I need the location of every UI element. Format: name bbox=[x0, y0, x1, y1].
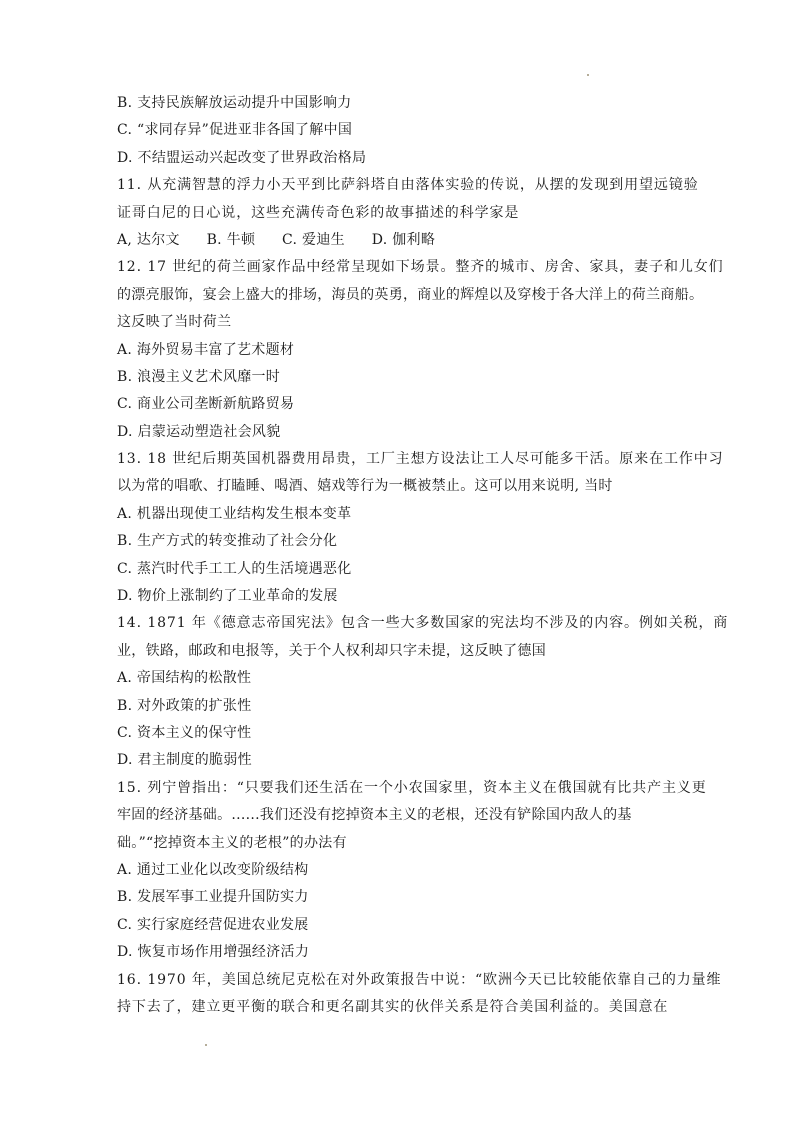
q16-stem-line1: 16. 1970 年，美国总统尼克松在对外政策报告中说：“欧洲今天已比较能依靠自… bbox=[117, 967, 687, 994]
document-page: B. 支持民族解放运动提升中国影响力 C. “求同存异”促进亚非各国了解中国 D… bbox=[0, 0, 793, 1122]
q11-stem-line1: 11. 从充满智慧的浮力小天平到比萨斜塔自由落体实验的传说，从摆的发现到用望远镜… bbox=[117, 172, 687, 199]
q12-option-d: D. 启蒙运动塑造社会风貌 bbox=[117, 419, 687, 446]
q15-stem-line2: 牢固的经济基础。......我们还没有挖掉资本主义的老根，还没有铲除国内敌人的基 bbox=[117, 802, 687, 829]
q16-stem-line2: 持下去了，建立更平衡的联合和更名副其实的伙伴关系是符合美国利益的。美国意在 bbox=[117, 994, 687, 1021]
q11-options: A, 达尔文 B. 牛顿 C. 爱迪生 D. 伽利略 bbox=[117, 227, 687, 254]
scan-speck bbox=[205, 1044, 207, 1046]
q14-stem-line1: 14. 1871 年《德意志帝国宪法》包含一些大多数国家的宪法均不涉及的内容。例… bbox=[117, 610, 687, 637]
q13-option-a: A. 机器出现使工业结构发生根本变革 bbox=[117, 501, 687, 528]
scan-speck bbox=[587, 74, 589, 76]
q13-stem-line2: 以为常的唱歌、打瞌睡、喝酒、嬉戏等行为一概被禁止。这可以用来说明, 当时 bbox=[117, 473, 687, 500]
q10-option-b: B. 支持民族解放运动提升中国影响力 bbox=[117, 90, 687, 117]
page-content: B. 支持民族解放运动提升中国影响力 C. “求同存异”促进亚非各国了解中国 D… bbox=[117, 90, 687, 1021]
q12-stem-line3: 这反映了当时荷兰 bbox=[117, 309, 687, 336]
q12-option-a: A. 海外贸易丰富了艺术题材 bbox=[117, 337, 687, 364]
q12-stem-line2: 的漂亮服饰，宴会上盛大的排场，海员的英勇，商业的辉煌以及穿梭于各大洋上的荷兰商船… bbox=[117, 282, 687, 309]
q15-stem-line1: 15. 列宁曾指出：“只要我们还生活在一个小农国家里，资本主义在俄国就有比共产主… bbox=[117, 775, 687, 802]
q15-option-a: A. 通过工业化以改变阶级结构 bbox=[117, 857, 687, 884]
q12-stem-line1: 12. 17 世纪的荷兰画家作品中经常呈现如下场景。整齐的城市、房舍、家具，妻子… bbox=[117, 254, 687, 281]
q10-option-c: C. “求同存异”促进亚非各国了解中国 bbox=[117, 117, 687, 144]
q13-stem-line1: 13. 18 世纪后期英国机器费用昂贵，工厂主想方设法让工人尽可能多干活。原来在… bbox=[117, 446, 687, 473]
q13-option-c: C. 蒸汽时代手工工人的生活境遇恶化 bbox=[117, 556, 687, 583]
q12-option-b: B. 浪漫主义艺术风靡一时 bbox=[117, 364, 687, 391]
q10-option-d: D. 不结盟运动兴起改变了世界政治格局 bbox=[117, 145, 687, 172]
q11-option-a: A, 达尔文 bbox=[117, 227, 180, 254]
q13-option-b: B. 生产方式的转变推动了社会分化 bbox=[117, 528, 687, 555]
q15-option-d: D. 恢复市场作用增强经济活力 bbox=[117, 939, 687, 966]
q14-stem-line2: 业，铁路，邮政和电报等，关于个人权利却只字未提，这反映了德国 bbox=[117, 638, 687, 665]
q15-option-b: B. 发展军事工业提升国防实力 bbox=[117, 884, 687, 911]
q12-option-c: C. 商业公司垄断新航路贸易 bbox=[117, 391, 687, 418]
q11-option-c: C. 爱迪生 bbox=[282, 227, 345, 254]
q15-option-c: C. 实行家庭经营促进农业发展 bbox=[117, 912, 687, 939]
q14-option-c: C. 资本主义的保守性 bbox=[117, 720, 687, 747]
q14-option-a: A. 帝国结构的松散性 bbox=[117, 665, 687, 692]
q14-option-d: D. 君主制度的脆弱性 bbox=[117, 747, 687, 774]
q15-stem-line3: 础。”“挖掉资本主义的老根”的办法有 bbox=[117, 830, 687, 857]
q11-stem-line2: 证哥白尼的日心说，这些充满传奇色彩的故事描述的科学家是 bbox=[117, 200, 687, 227]
q14-option-b: B. 对外政策的扩张性 bbox=[117, 693, 687, 720]
q13-option-d: D. 物价上涨制约了工业革命的发展 bbox=[117, 583, 687, 610]
q11-option-b: B. 牛顿 bbox=[207, 227, 256, 254]
q11-option-d: D. 伽利略 bbox=[372, 227, 435, 254]
